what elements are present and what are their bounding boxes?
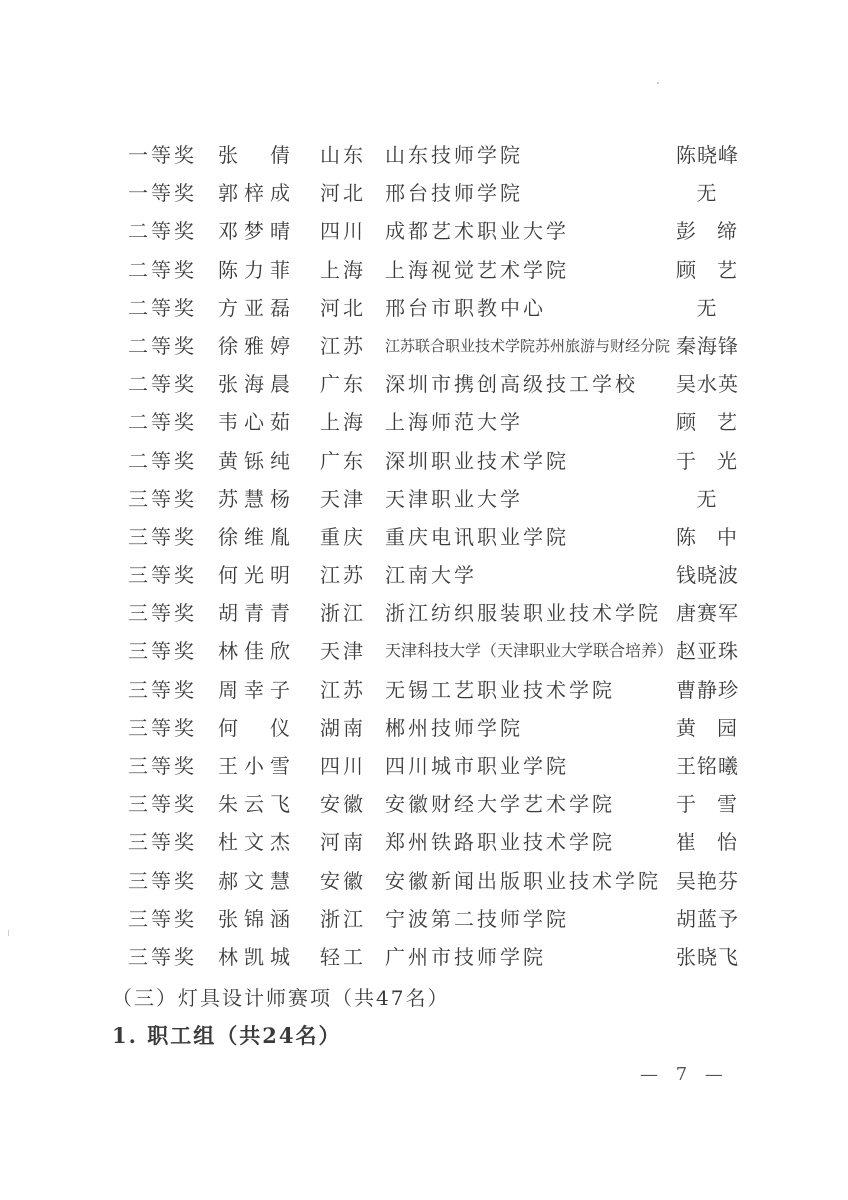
province: 天津: [320, 480, 366, 518]
award-level: 二等奖: [128, 365, 197, 403]
winner-name: 方亚磊: [218, 289, 290, 327]
award-level: 三等奖: [128, 785, 197, 823]
award-level: 二等奖: [128, 251, 197, 289]
award-row: 三等奖 周幸子 江苏 无锡工艺职业技术学院 曹静珍: [0, 671, 848, 709]
winner-name: 张锦涵: [218, 900, 290, 938]
school: 广州市技师学院: [385, 938, 546, 976]
award-row: 二等奖 陈力菲 上海 上海视觉艺术学院 顾艺: [0, 251, 848, 289]
winner-name: 陈力菲: [218, 251, 290, 289]
province: 四川: [320, 212, 366, 250]
school: 邢台技师学院: [385, 174, 523, 212]
document-page: 一等奖 张倩 山东 山东技师学院 陈晓峰 一等奖 郭梓成 河北 邢台技师学院 无…: [0, 0, 848, 1200]
award-level: 三等奖: [128, 632, 197, 670]
mentor: 陈中: [676, 518, 738, 556]
mentor: 彭缔: [676, 212, 738, 250]
school: 深圳职业技术学院: [385, 442, 569, 480]
award-row: 三等奖 林佳欣 天津 天津科技大学（天津职业大学联合培养） 赵亚珠: [0, 632, 848, 670]
award-row: 三等奖 何光明 江苏 江南大学 钱晓波: [0, 556, 848, 594]
winner-name: 胡青青: [218, 594, 290, 632]
winner-name: 林凯城: [218, 938, 290, 976]
winner-name: 何仪: [218, 709, 290, 747]
page-number: — 7 —: [640, 1064, 729, 1085]
award-row: 三等奖 苏慧杨 天津 天津职业大学 无: [0, 480, 848, 518]
winner-name: 韦心茹: [218, 403, 290, 441]
mentor: 无: [676, 480, 738, 518]
school: 重庆电讯职业学院: [385, 518, 569, 556]
mentor: 顾艺: [676, 403, 738, 441]
award-level: 一等奖: [128, 174, 197, 212]
mentor: 陈晓峰: [676, 136, 738, 174]
award-row: 三等奖 胡青青 浙江 浙江纺织服装职业技术学院 唐赛军: [0, 594, 848, 632]
province: 天津: [320, 632, 366, 670]
province: 上海: [320, 403, 366, 441]
mentor: 崔怡: [676, 823, 738, 861]
award-level: 二等奖: [128, 403, 197, 441]
award-list: 一等奖 张倩 山东 山东技师学院 陈晓峰 一等奖 郭梓成 河北 邢台技师学院 无…: [0, 136, 848, 976]
award-row: 二等奖 方亚磊 河北 邢台市职教中心 无: [0, 289, 848, 327]
award-row: 三等奖 何仪 湖南 郴州技师学院 黄园: [0, 709, 848, 747]
province: 安徽: [320, 862, 366, 900]
province: 安徽: [320, 785, 366, 823]
mentor-char: 怡: [717, 823, 738, 861]
school: 上海师范大学: [385, 403, 523, 441]
province: 山东: [320, 136, 366, 174]
province: 河北: [320, 174, 366, 212]
province: 湖南: [320, 709, 366, 747]
school: 上海视觉艺术学院: [385, 251, 569, 289]
mentor: 吴艳芬: [676, 862, 738, 900]
award-level: 三等奖: [128, 747, 197, 785]
award-row: 三等奖 郝文慧 安徽 安徽新闻出版职业技术学院 吴艳芬: [0, 862, 848, 900]
award-level: 二等奖: [128, 212, 197, 250]
name-char: 张: [218, 136, 238, 174]
mentor-char: 于: [676, 442, 697, 480]
province: 浙江: [320, 594, 366, 632]
province: 上海: [320, 251, 366, 289]
award-level: 三等奖: [128, 480, 197, 518]
mentor: 秦海锋: [676, 327, 738, 365]
province: 广东: [320, 365, 366, 403]
mentor: 无: [676, 174, 738, 212]
award-level: 三等奖: [128, 594, 197, 632]
province: 江苏: [320, 556, 366, 594]
mentor-char: 陈: [676, 518, 697, 556]
winner-name: 张海晨: [218, 365, 290, 403]
province: 四川: [320, 747, 366, 785]
award-row: 二等奖 韦心茹 上海 上海师范大学 顾艺: [0, 403, 848, 441]
award-level: 二等奖: [128, 442, 197, 480]
mentor-char: 光: [717, 442, 738, 480]
mentor-char: 彭: [676, 212, 697, 250]
award-level: 三等奖: [128, 518, 197, 556]
winner-name: 郭梓成: [218, 174, 290, 212]
winner-name: 徐维胤: [218, 518, 290, 556]
name-char: 何: [218, 709, 238, 747]
award-level: 三等奖: [128, 862, 197, 900]
school: 邢台市职教中心: [385, 289, 546, 327]
mentor: 于光: [676, 442, 738, 480]
province: 江苏: [320, 327, 366, 365]
award-level: 三等奖: [128, 900, 197, 938]
award-row: 三等奖 徐维胤 重庆 重庆电讯职业学院 陈中: [0, 518, 848, 556]
award-row: 三等奖 林凯城 轻工 广州市技师学院 张晓飞: [0, 938, 848, 976]
section-heading: （三）灯具设计师赛项（共47名）: [112, 982, 449, 1011]
name-char: 倩: [270, 136, 290, 174]
mentor: 曹静珍: [676, 671, 738, 709]
award-level: 三等奖: [128, 823, 197, 861]
school: 安徽新闻出版职业技术学院: [385, 862, 661, 900]
award-row: 三等奖 杜文杰 河南 郑州铁路职业技术学院 崔怡: [0, 823, 848, 861]
name-char: 仪: [270, 709, 290, 747]
award-row: 二等奖 张海晨 广东 深圳市携创高级技工学校 吴水英: [0, 365, 848, 403]
winner-name: 苏慧杨: [218, 480, 290, 518]
mentor-char: 中: [717, 518, 738, 556]
province: 轻工: [320, 938, 366, 976]
mentor: 无: [676, 289, 738, 327]
award-row: 二等奖 邓梦晴 四川 成都艺术职业大学 彭缔: [0, 212, 848, 250]
mentor-char: 崔: [676, 823, 697, 861]
winner-name: 朱云飞: [218, 785, 290, 823]
mentor: 钱晓波: [676, 556, 738, 594]
mentor: 赵亚珠: [676, 632, 738, 670]
school: 天津职业大学: [385, 480, 523, 518]
award-level: 三等奖: [128, 709, 197, 747]
school: 郑州铁路职业技术学院: [385, 823, 615, 861]
scan-speck: [8, 930, 9, 936]
mentor-char: 顾: [676, 251, 697, 289]
school: 安徽财经大学艺术学院: [385, 785, 615, 823]
school: 江苏联合职业技术学院苏州旅游与财经分院: [385, 327, 670, 365]
mentor: 唐赛军: [676, 594, 738, 632]
school: 天津科技大学（天津职业大学联合培养）: [385, 632, 673, 670]
award-row: 三等奖 朱云飞 安徽 安徽财经大学艺术学院 于雪: [0, 785, 848, 823]
winner-name: 徐雅婷: [218, 327, 290, 365]
award-level: 三等奖: [128, 671, 197, 709]
mentor: 胡蓝予: [676, 900, 738, 938]
school: 山东技师学院: [385, 136, 523, 174]
mentor: 于雪: [676, 785, 738, 823]
winner-name: 杜文杰: [218, 823, 290, 861]
winner-name: 周幸子: [218, 671, 290, 709]
province: 河北: [320, 289, 366, 327]
school: 深圳市携创高级技工学校: [385, 365, 638, 403]
province: 江苏: [320, 671, 366, 709]
scan-speck: [657, 82, 659, 84]
school: 宁波第二技师学院: [385, 900, 569, 938]
school: 浙江纺织服装职业技术学院: [385, 594, 661, 632]
award-level: 一等奖: [128, 136, 197, 174]
mentor: 黄园: [676, 709, 738, 747]
award-level: 三等奖: [128, 556, 197, 594]
award-level: 三等奖: [128, 938, 197, 976]
school: 郴州技师学院: [385, 709, 523, 747]
winner-name: 邓梦晴: [218, 212, 290, 250]
mentor-char: 雪: [717, 785, 738, 823]
mentor-char: 艺: [717, 251, 738, 289]
award-level: 二等奖: [128, 327, 197, 365]
winner-name: 张倩: [218, 136, 290, 174]
winner-name: 林佳欣: [218, 632, 290, 670]
award-row: 三等奖 王小雪 四川 四川城市职业学院 王铭曦: [0, 747, 848, 785]
school: 四川城市职业学院: [385, 747, 569, 785]
school: 成都艺术职业大学: [385, 212, 569, 250]
winner-name: 何光明: [218, 556, 290, 594]
winner-name: 王小雪: [218, 747, 290, 785]
mentor-char: 顾: [676, 403, 697, 441]
province: 广东: [320, 442, 366, 480]
mentor-char: 艺: [717, 403, 738, 441]
mentor: 吴水英: [676, 365, 738, 403]
mentor-char: 于: [676, 785, 697, 823]
award-row: 一等奖 郭梓成 河北 邢台技师学院 无: [0, 174, 848, 212]
province: 重庆: [320, 518, 366, 556]
award-row: 三等奖 张锦涵 浙江 宁波第二技师学院 胡蓝予: [0, 900, 848, 938]
winner-name: 黄铄纯: [218, 442, 290, 480]
mentor: 王铭曦: [676, 747, 738, 785]
mentor: 顾艺: [676, 251, 738, 289]
award-row: 二等奖 黄铄纯 广东 深圳职业技术学院 于光: [0, 442, 848, 480]
award-level: 二等奖: [128, 289, 197, 327]
mentor-char: 缔: [717, 212, 738, 250]
mentor: 张晓飞: [676, 938, 738, 976]
mentor-char: 黄: [676, 709, 697, 747]
province: 浙江: [320, 900, 366, 938]
mentor-char: 园: [717, 709, 738, 747]
province: 河南: [320, 823, 366, 861]
group-heading: 1. 职工组（共24名）: [112, 1020, 341, 1050]
winner-name: 郝文慧: [218, 862, 290, 900]
award-row: 一等奖 张倩 山东 山东技师学院 陈晓峰: [0, 136, 848, 174]
school: 江南大学: [385, 556, 477, 594]
award-row: 二等奖 徐雅婷 江苏 江苏联合职业技术学院苏州旅游与财经分院 秦海锋: [0, 327, 848, 365]
school: 无锡工艺职业技术学院: [385, 671, 615, 709]
